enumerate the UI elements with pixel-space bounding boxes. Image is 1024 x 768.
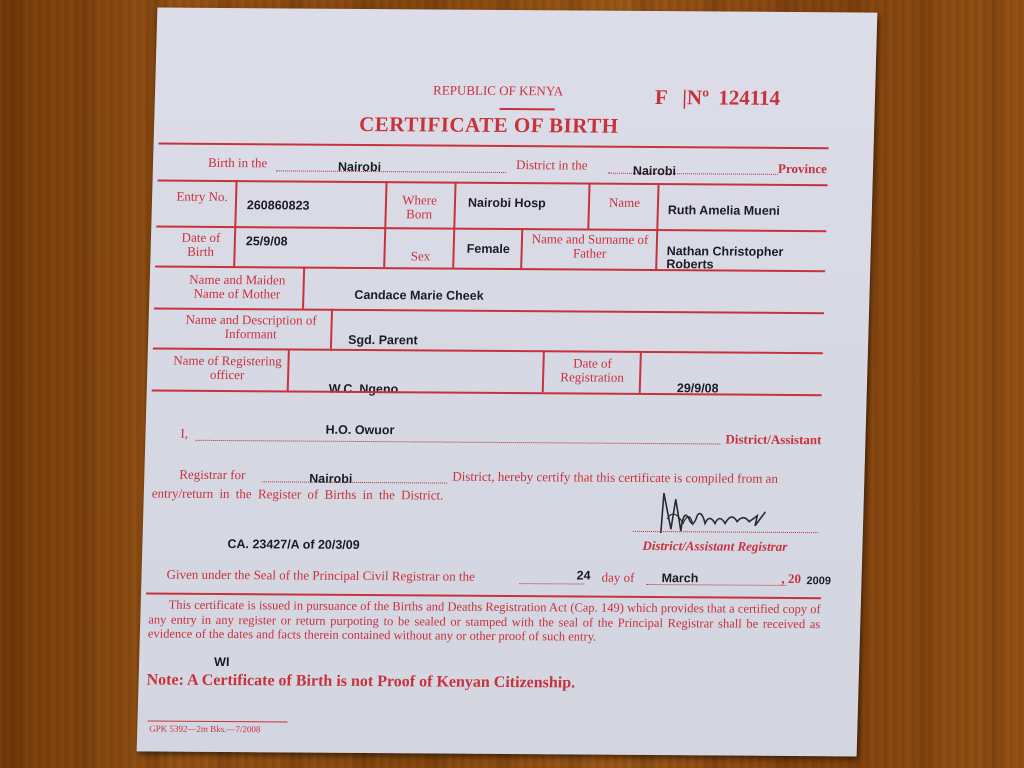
certify-text: District, hereby certify that this certi… <box>452 470 778 486</box>
serial-number: F |Nº 124114 <box>655 85 781 111</box>
value-mother: Candace Marie Cheek <box>354 288 484 303</box>
label-sex: Sex <box>395 249 445 263</box>
value-month: March <box>661 571 698 585</box>
birth-certificate: REPUBLIC OF KENYA F |Nº 124114 CERTIFICA… <box>137 8 878 757</box>
initials: WI <box>214 655 230 669</box>
label-reg-date: Date of Registration <box>547 356 638 385</box>
print-code: GPK 5392—2m Bks.—7/2008 <box>149 724 261 735</box>
table-divider <box>330 309 333 349</box>
value-year: 2009 <box>806 575 831 587</box>
table-divider <box>639 351 642 393</box>
signature-title: District/Assistant Registrar <box>642 539 787 554</box>
value-entry-no: 260860823 <box>247 198 310 212</box>
value-where-born: Nairobi Hosp <box>468 196 546 211</box>
dotted-line <box>276 170 506 173</box>
legal-notice: This certificate is issued in pursuance … <box>148 598 821 646</box>
row-divider <box>156 226 826 233</box>
label-birth-in: Birth in the <box>208 156 268 170</box>
table-divider <box>383 181 387 267</box>
value-dob: 25/9/08 <box>246 234 288 248</box>
dotted-line <box>262 481 447 483</box>
value-informant: Sgd. Parent <box>348 333 418 347</box>
value-registrar-district: Nairobi <box>309 472 352 486</box>
certify-text-2: entry/return in the Register of Births i… <box>152 487 444 503</box>
value-registrar-name: H.O. Owuor <box>325 423 394 437</box>
label-entry-no: Entry No. <box>172 190 232 204</box>
label-informant: Name and Description of Informant <box>173 313 329 342</box>
label-i: I, <box>180 427 188 441</box>
table-bottom-line <box>152 390 822 397</box>
value-day: 24 <box>576 568 590 582</box>
table-divider <box>233 180 237 266</box>
value-province: Nairobi <box>633 164 676 178</box>
print-code-line <box>147 720 287 722</box>
label-name: Name <box>597 196 652 210</box>
value-district: Nairobi <box>338 160 381 174</box>
label-dob: Date of Birth <box>170 231 231 259</box>
dotted-line <box>519 583 584 584</box>
serial-value: 124114 <box>718 85 781 109</box>
serial-prefix: F <box>655 85 668 109</box>
certificate-title: CERTIFICATE OF BIRTH <box>359 112 619 139</box>
table-divider <box>287 348 290 390</box>
value-father: Nathan Christopher Roberts <box>666 245 817 272</box>
table-divider <box>655 183 659 269</box>
given-under-text: Given under the Seal of the Principal Ci… <box>166 568 475 584</box>
table-divider <box>520 228 523 268</box>
label-year-prefix: , 20 <box>781 572 801 586</box>
citizenship-note: Note: A Certificate of Birth is not Proo… <box>146 671 575 692</box>
republic-heading: REPUBLIC OF KENYA <box>433 82 563 99</box>
value-officer: W.C. Ngeno <box>329 382 399 396</box>
value-sex: Female <box>467 242 510 256</box>
label-day-of: day of <box>601 571 634 585</box>
label-father: Name and Surname of Father <box>525 232 654 261</box>
table-divider <box>452 182 456 268</box>
label-district-assistant: District/Assistant <box>725 433 821 448</box>
table-divider <box>302 267 305 309</box>
value-name: Ruth Amelia Mueni <box>668 203 780 218</box>
divider-top <box>159 143 829 150</box>
label-district-in: District in the <box>516 158 588 172</box>
table-divider <box>542 350 545 392</box>
table-top-line <box>158 180 828 187</box>
label-registrar-for: Registrar for <box>179 468 245 482</box>
label-mother: Name and Maiden Name of Mother <box>174 273 300 302</box>
label-province: Province <box>778 162 827 176</box>
header-underline <box>500 108 555 110</box>
table-divider <box>587 183 590 229</box>
label-where-born: Where Born <box>391 193 447 221</box>
serial-symbol: |Nº <box>682 85 709 109</box>
reference-number: CA. 23427/A of 20/3/09 <box>227 537 360 552</box>
label-officer: Name of Registering officer <box>172 354 283 383</box>
dotted-line <box>195 440 720 445</box>
